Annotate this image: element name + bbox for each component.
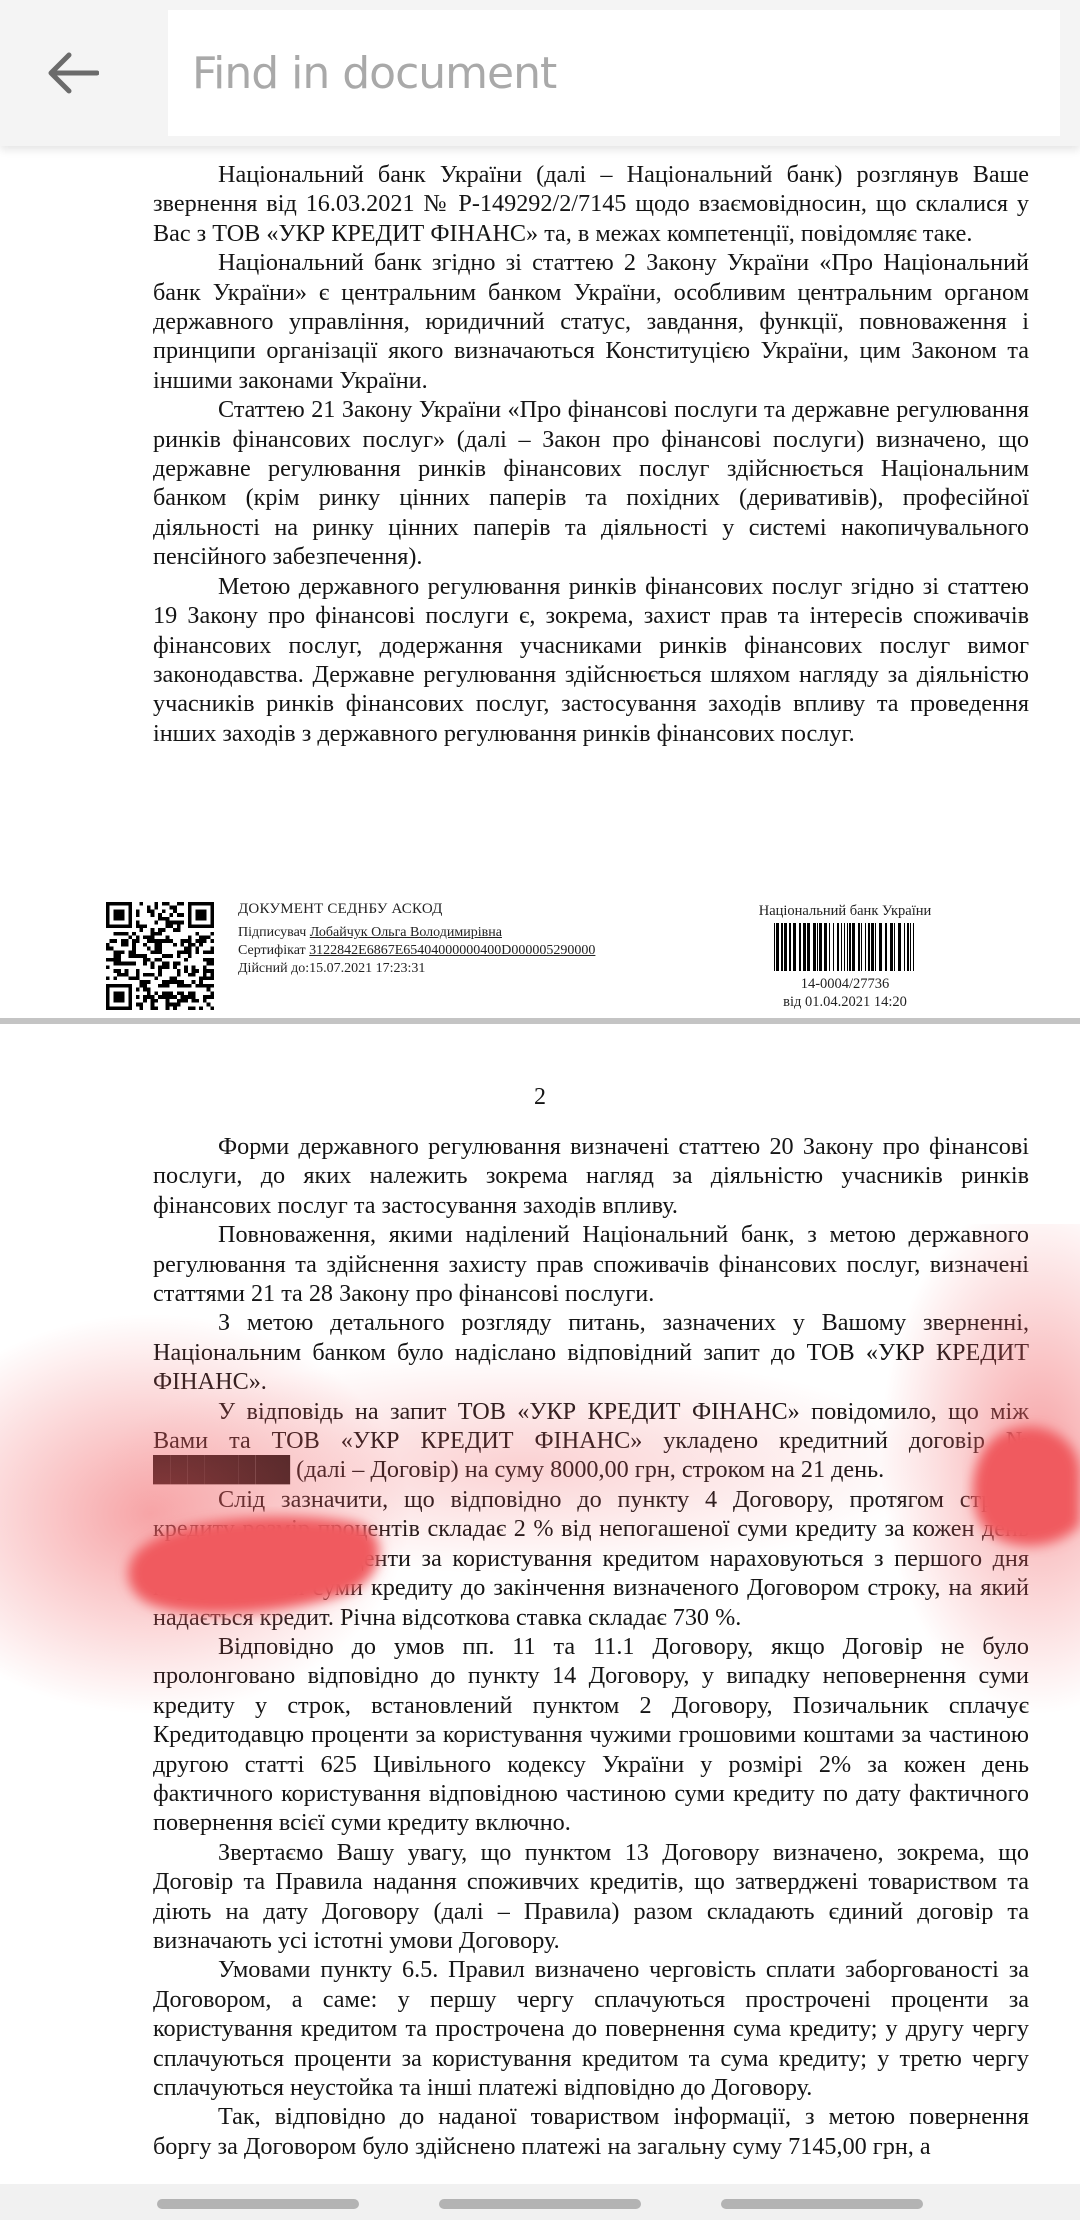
cert-value: 3122842E6867E65404000000400D000005290000	[309, 943, 595, 958]
find-in-document-input[interactable]	[190, 47, 1044, 100]
signer-name: Лобайчук Ольга Володимирівна	[310, 925, 502, 940]
paragraph: Національний банк згідно зі статтею 2 За…	[153, 248, 1029, 395]
paragraph: Повноваження, якими наділений Національн…	[153, 1220, 1029, 1308]
registration-number: 14-0004/27736	[745, 975, 945, 993]
document-page-1: Національний банк України (далі – Націон…	[0, 146, 1080, 1018]
nav-pill-2[interactable]	[439, 2199, 641, 2209]
registration-date: від 01.04.2021 14:20	[745, 993, 945, 1011]
paragraph: Форми державного регулювання визначені с…	[153, 1132, 1029, 1220]
paragraph: Метою державного регулювання ринків фіна…	[153, 572, 1029, 748]
paragraph: Національний банк України (далі – Націон…	[153, 160, 1029, 248]
paragraph: З метою детального розгляду питань, зазн…	[153, 1308, 1029, 1396]
search-box[interactable]	[168, 10, 1060, 136]
paragraph: Статтею 21 Закону України «Про фінансові…	[153, 395, 1029, 571]
page2-body: Форми державного регулювання визначені с…	[153, 1132, 1029, 2161]
back-button[interactable]	[40, 40, 106, 106]
barcode-icon	[774, 923, 916, 971]
paragraph: У відповідь на запит ТОВ «УКР КРЕДИТ ФІН…	[153, 1397, 1029, 1485]
qr-code-icon	[105, 902, 215, 1010]
signer-label: Підписувач	[238, 925, 306, 940]
page1-body: Національний банк України (далі – Націон…	[153, 160, 1029, 748]
arrow-left-icon	[47, 51, 99, 95]
valid-value: 15.07.2021 17:23:31	[309, 961, 425, 976]
nav-pill-1[interactable]	[157, 2199, 359, 2209]
stamp-title: ДОКУМЕНТ СЕДНБУ АСКОД	[238, 900, 595, 918]
document-page-2: 2 Форми державного регулювання визначені…	[0, 1024, 1080, 2184]
nav-pill-3[interactable]	[721, 2199, 923, 2209]
paragraph: Відповідно до умов пп. 11 та 11.1 Догово…	[153, 1632, 1029, 1838]
paragraph: Слід зазначити, що відповідно до пункту …	[153, 1485, 1029, 1632]
bottom-navigation-bar	[0, 2184, 1080, 2220]
page-number: 2	[0, 1084, 1080, 1111]
registration-block: Національний банк України 14-0004/27736 …	[745, 902, 945, 1011]
paragraph: Так, відповідно до наданої товариством і…	[153, 2102, 1029, 2161]
paragraph: Умовами пункту 6.5. Правил визначено чер…	[153, 1955, 1029, 2102]
registration-org: Національний банк України	[745, 902, 945, 920]
find-toolbar	[0, 0, 1080, 146]
paragraph: Звертаємо Вашу увагу, що пунктом 13 Дого…	[153, 1838, 1029, 1956]
cert-label: Сертифікат	[238, 943, 306, 958]
valid-label: Дійсний до:	[238, 961, 309, 976]
signature-stamp: ДОКУМЕНТ СЕДНБУ АСКОД Підписувач Лобайчу…	[238, 900, 595, 978]
